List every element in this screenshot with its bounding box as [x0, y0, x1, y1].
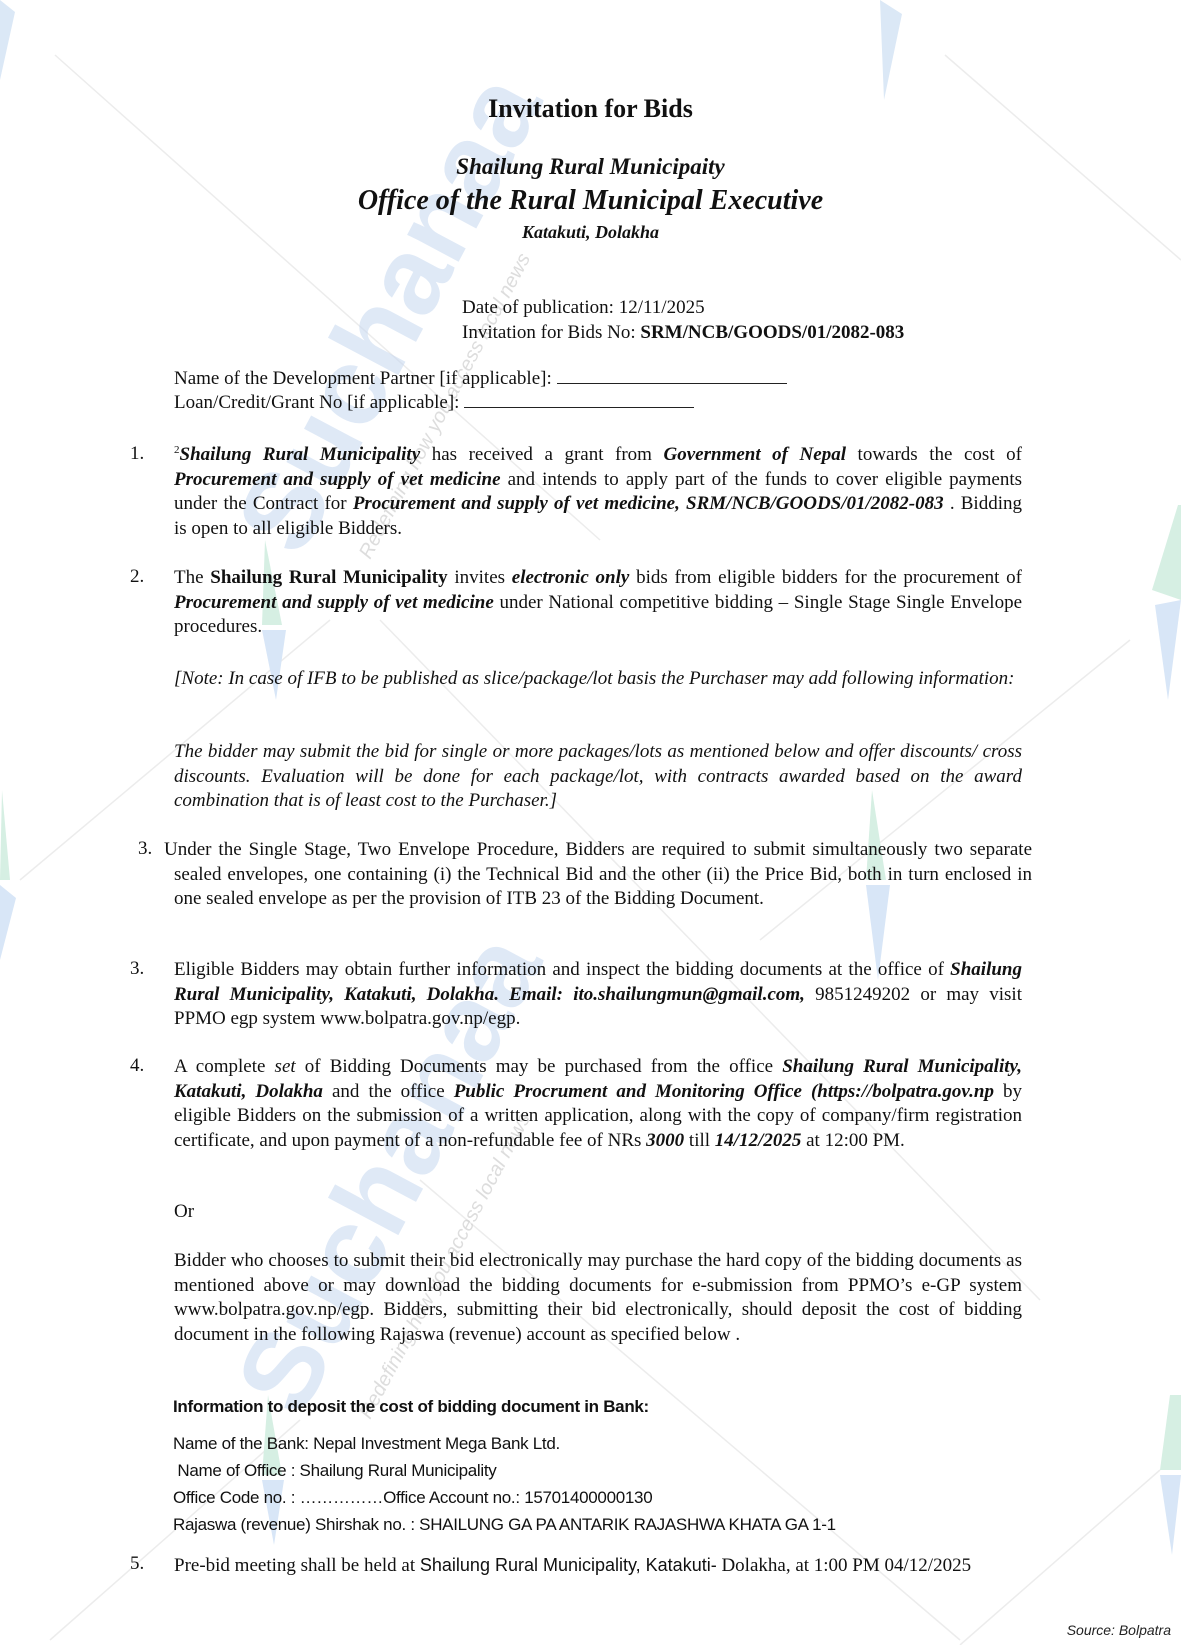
para-4-electronic: Bidder who chooses to submit their bid e…	[174, 1249, 1022, 1347]
text-span: The	[174, 567, 210, 588]
publication-date-value: 12/11/2025	[619, 297, 705, 318]
organization-name: Shailung Rural Municipaity	[0, 154, 1181, 180]
text-span: Public Procrument and Monitoring Office …	[454, 1081, 994, 1102]
para-3a: Under the Single Stage, Two Envelope Pro…	[164, 838, 1032, 912]
fee-amount: 3000	[646, 1130, 684, 1151]
para-2: The Shailung Rural Municipality invites …	[174, 566, 1022, 640]
dev-partner-blank	[557, 367, 787, 384]
document-page: Invitation for Bids Shailung Rural Munic…	[0, 0, 1181, 1645]
publication-date-label: Date of publication:	[462, 297, 619, 318]
text-span: Eligible Bidders may obtain further info…	[174, 959, 950, 980]
bank-shirshak: Rajaswa (revenue) Shirshak no. : SHAILUN…	[173, 1515, 836, 1535]
text-span: Procurement and supply of vet medicine, …	[353, 493, 944, 514]
partner-info: Name of the Development Partner [if appl…	[174, 367, 787, 415]
para-1: 2Shailung Rural Municipality has receive…	[174, 443, 1022, 541]
text-span: Procurement and supply of vet medicine	[174, 469, 501, 490]
text-span: Shailung Rural Municipality	[210, 567, 447, 588]
text-span: at 12:00 PM.	[801, 1130, 904, 1151]
para-3a-number: 3.	[138, 838, 152, 860]
para-3b: Eligible Bidders may obtain further info…	[174, 958, 1022, 1032]
para-5-number: 5.	[130, 1553, 144, 1575]
text-span: electronic only	[512, 567, 630, 588]
text-span: till	[684, 1130, 715, 1151]
loan-row: Loan/Credit/Grant No [if applicable]:	[174, 391, 787, 415]
para-4-number: 4.	[130, 1055, 144, 1077]
text-span: invites	[448, 567, 512, 588]
text-span: Procurement and supply of vet medicine	[174, 592, 494, 613]
bank-office-code: Office Code no. : ……………Office Account no…	[173, 1488, 652, 1508]
text-span: bids from eligible bidders for the procu…	[629, 567, 1022, 588]
text-span: Shailung Rural Municipality	[180, 444, 421, 465]
text-span: of Bidding Documents may be purchased fr…	[296, 1056, 783, 1077]
ifb-number: Invitation for Bids No: SRM/NCB/GOODS/01…	[462, 320, 904, 345]
text-span: set	[275, 1056, 296, 1077]
dev-partner-label: Name of the Development Partner [if appl…	[174, 368, 552, 389]
loan-blank	[464, 391, 694, 408]
bank-office-name: Name of Office : Shailung Rural Municipa…	[173, 1461, 497, 1481]
text-span: has received a grant from	[420, 444, 663, 465]
text-span: A complete	[174, 1056, 275, 1077]
publication-info: Date of publication: 12/11/2025 Invitati…	[462, 295, 904, 345]
publication-date: Date of publication: 12/11/2025	[462, 295, 904, 320]
para-5: Pre-bid meeting shall be held at Shailun…	[174, 1553, 1022, 1579]
text-span: Pre-bid meeting shall be held at	[174, 1555, 420, 1576]
para-1-number: 1.	[130, 443, 144, 465]
para-2-note: [Note: In case of IFB to be published as…	[174, 667, 1022, 692]
ifb-number-value: SRM/NCB/GOODS/01/2082-083	[640, 322, 904, 343]
document-title: Invitation for Bids	[0, 94, 1181, 124]
dev-partner-row: Name of the Development Partner [if appl…	[174, 367, 787, 391]
ifb-number-label: Invitation for Bids No:	[462, 322, 640, 343]
source-credit: Source: Bolpatra	[1067, 1622, 1171, 1638]
deadline-date: 14/12/2025	[715, 1130, 802, 1151]
loan-label: Loan/Credit/Grant No [if applicable]:	[174, 392, 459, 413]
bank-name: Name of the Bank: Nepal Investment Mega …	[173, 1434, 560, 1454]
bank-info-heading: Information to deposit the cost of biddi…	[173, 1397, 649, 1417]
or-separator: Or	[174, 1200, 1022, 1225]
text-span: and the office	[323, 1081, 454, 1102]
text-span: towards the cost of	[846, 444, 1022, 465]
para-2-number: 2.	[130, 566, 144, 588]
meeting-time: Dolakha, at 1:00 PM 04/12/2025	[717, 1555, 971, 1576]
para-4: A complete set of Bidding Documents may …	[174, 1055, 1022, 1153]
organization-location: Katakuti, Dolakha	[0, 222, 1181, 243]
para-2-note-detail: The bidder may submit the bid for single…	[174, 740, 1022, 814]
text-span: Government of Nepal	[664, 444, 846, 465]
meeting-venue: Shailung Rural Municipality, Katakuti-	[420, 1555, 717, 1575]
para-3b-number: 3.	[130, 958, 144, 980]
organization-office: Office of the Rural Municipal Executive	[0, 185, 1181, 217]
